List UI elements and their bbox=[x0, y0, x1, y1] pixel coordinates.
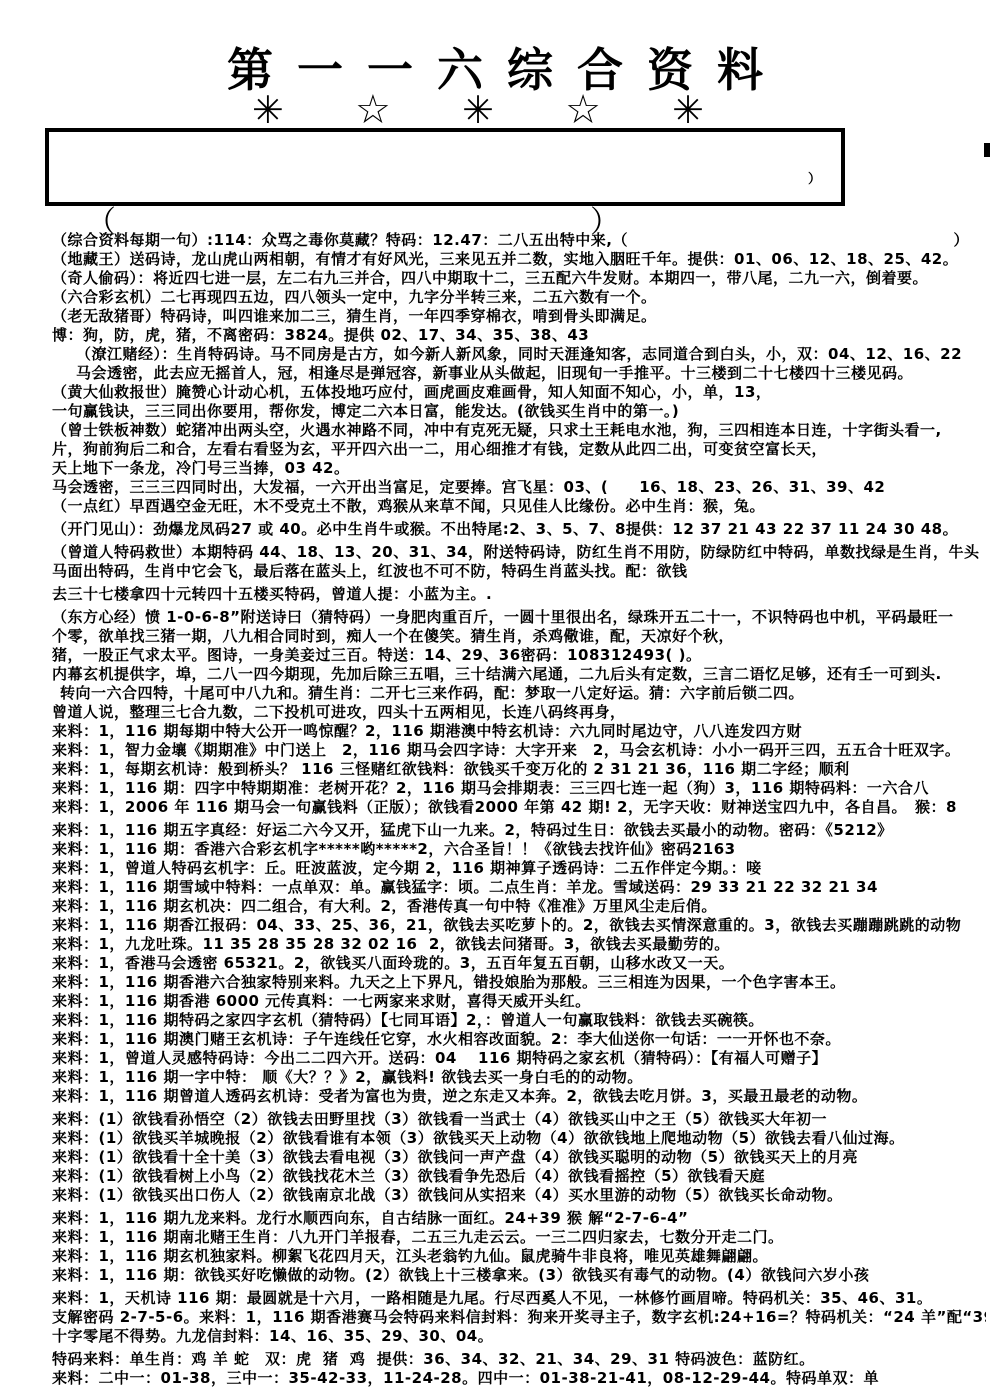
text-line: （地藏王）送码诗，龙山虎山两相朝，有情才有好风光，三来见五并二数，实地入胭旺千年… bbox=[52, 250, 986, 269]
text-line: 特码来料：单生肖：鸡 羊 蛇 双：虎 猪 鸡 提供：36、34、32、21、34… bbox=[52, 1350, 986, 1369]
text-line: （黄大仙救报世）腌赞心计动心机，五体投地巧应付，画虎画皮难画骨，知人知面不知心，… bbox=[52, 383, 986, 402]
text-line: 来料：(1）欲钱看树上小鸟（2）欲钱找花木兰（3）欲钱看争先恐后（4）欲钱看摇控… bbox=[52, 1167, 986, 1186]
text-line: 马会透密，此去应无摇首人，冠，相逢尽是弹冠容，新事业从头做起，旧现旬一手推平。十… bbox=[52, 364, 986, 383]
text-line: 来料：1，116 期南北赌王生肖：八九开门羊报春，二五三九走云云。一三二四归家去… bbox=[52, 1228, 986, 1247]
text-line: 一句赢钱诀，三三同出你要用，帮你发，博定二六本日富，能发达。(欲钱买生肖中的第一… bbox=[52, 402, 986, 421]
star-outline-icon: ☆ bbox=[565, 88, 601, 132]
asterisk-icon: ✳ bbox=[462, 88, 494, 132]
text-line: 来料：1，116 期：四字中特期期准：老树开花？2，116 期马会排期表：三三四… bbox=[52, 779, 986, 798]
text-line: 来料：1，每期玄机诗：般到桥头？ 116 三怪赌红欲钱料：欲钱买千变万化的 2 … bbox=[52, 760, 986, 779]
text-line: 个零，欲单找三猪一期，八九相合同时到，痴人一个在傻笑。猜生肖，杀鸡儆谁，配，天凉… bbox=[52, 627, 986, 646]
text-line: 来料：(1）欲钱看孙悟空（2）欲钱去田野里找（3）欲钱看一当武士（4）欲钱买山中… bbox=[52, 1110, 986, 1129]
text-line: 来料：1，116 期香江报码：04、33、25、36，21，欲钱去买吃萝卜的。2… bbox=[52, 916, 986, 935]
text-line: （六合彩玄机）二七再现四五边，四八领头一定中，九字分半转三来，二五六数有一个。 bbox=[52, 288, 986, 307]
asterisk-icon: ✳ bbox=[672, 88, 704, 132]
text-line: 片，狗前狗后二和合，左看右看竖为玄，平开四六出一二，用心细推才有钱，定数从此四二… bbox=[52, 440, 986, 459]
text-line: 来料：1，116 期曾道人透码玄机诗：受者为富也为贵，逆之东走又本奔。2，欲钱去… bbox=[52, 1087, 986, 1106]
text-line: 曾道人说，整理三七合九数，二下投机可进攻，四头十五两相见，长连八码终再身， bbox=[52, 703, 986, 722]
text-line: （东方心经）愤 1-0-6-8”附送诗曰（猜特码）一身肥肉重百斤，一圆十里很出名… bbox=[52, 608, 986, 627]
text-line: 来料：(1）欲钱看十全十美（3）欲钱去看电视（3）欲钱问一声产盘（4）欲钱买聪明… bbox=[52, 1148, 986, 1167]
text-line: 来料：1，116 期玄机决：四二组合，有大利。2，香港传真一句中特《准准》万里风… bbox=[52, 897, 986, 916]
blank-header-box: ） bbox=[45, 128, 845, 206]
scan-artifact bbox=[984, 143, 990, 157]
text-line: 来料：1，116 期一字中特： 顺《大？？》2，赢钱料! 欲钱去买一身白毛的的动… bbox=[52, 1068, 986, 1087]
text-line: 来料：1，智力金壤《期期准》中门送上 2，116 期马会四字诗：大字开来 2，马… bbox=[52, 741, 986, 760]
text-line: 来料：(1）欲钱买出口伤人（2）欲钱南京北战（3）欲钱问从实招来（4）买水里游的… bbox=[52, 1186, 986, 1205]
text-line: 来料：1，2006 年 116 期马会一句赢钱料（正版）；欲钱看2000 年第 … bbox=[52, 798, 986, 817]
text-line: 十字零尾不得势。九龙信封料：14、16、35、29、30、04。 bbox=[52, 1327, 986, 1346]
text-line: 来料：(1）欲钱买羊城晚报（2）欲钱看谁有本领（3）欲钱买天上动物（4）欲欲钱地… bbox=[52, 1129, 986, 1148]
paren-mark: ） bbox=[808, 168, 821, 187]
text-line: 来料：1，九龙吐珠。11 35 28 35 28 32 02 16 2，欲钱去问… bbox=[52, 935, 986, 954]
text-line: 天上地下一条龙，冷门号三当捧，03 42。 bbox=[52, 459, 986, 478]
text-line: 来料：1，116 期玄机独家料。柳絮飞花四月天，江头老翁钓九仙。鼠虎骑牛非良将，… bbox=[52, 1247, 986, 1266]
text-line: 来料：1，116 期香港 6000 元传真料：一七两家来求财，喜得天威开头红。 bbox=[52, 992, 986, 1011]
text-line: 内幕玄机提供字，埠，二八一四今期现，先加后除三五唱，三十结满六尾通，二九后头有定… bbox=[52, 665, 986, 684]
text-line: 来料：1，曾道人灵感特码诗：今出二二四六开。送码：04 116 期特码之家玄机（… bbox=[52, 1049, 986, 1068]
text-line: 来料：1，曾道人特码玄机字：丘。旺波蓝波，定今期 2，116 期神算子透码诗：二… bbox=[52, 859, 986, 878]
stars-row: ✳ ☆ ✳ ☆ ✳ bbox=[252, 84, 704, 132]
text-line: （潦江赌经）：生肖特码诗。马不同房是古方，如今新人新风象，同时天涯逢知客，志同道… bbox=[52, 345, 986, 364]
text-line: （奇人偷码）：将近四七进一层，左二右九三并合，四八中期取十二，三五配六牛发财。本… bbox=[52, 269, 986, 288]
text-line: 来料：1，116 期每期中特大公开一鸣惊醒？2，116 期港澳中特玄机诗：六九同… bbox=[52, 722, 986, 741]
text-line: 来料：1，116 期五字真经：好运二六今又开，猛虎下山一九来。2，特码过生日：欲… bbox=[52, 821, 986, 840]
text-line: （一点红）早酉遇空金无旺，木不受克土不散，鸡猴从来草不闻，只见佳人比缘份。必中生… bbox=[52, 497, 986, 516]
text-line: 来料：1，116 期澳门赌王玄机诗：子午连线任它穿，水火相容改面貌。2：李大仙送… bbox=[52, 1030, 986, 1049]
text-line: 来料：1，116 期：欲钱买好吃懒做的动物。(2）欲钱上十三楼拿来。(3）欲钱买… bbox=[52, 1266, 986, 1285]
text-line: 来料：1，香港马会透密 65321。2，欲钱买八面玲珑的。3，五百年复五百朝，山… bbox=[52, 954, 986, 973]
star-outline-icon: ☆ bbox=[355, 88, 391, 132]
text-line: 来料：1，天机诗 116 期：最圆就是十六月，一路相随是九尾。行尽西奚人不见，一… bbox=[52, 1289, 986, 1308]
text-line: 转向一六合四特，十尾可中八九和。猜生肖：二开七三来作码，配：梦取一八定好运。猜：… bbox=[52, 684, 986, 703]
text-line: 来料：1，116 期：香港六合彩玄机字*****哟*****2，六合圣旨！！《欲… bbox=[52, 840, 986, 859]
text-line: （开门见山）：劲爆龙凤码27 或 40。必中生肖牛或猴。不出特尾:2、3、5、7… bbox=[52, 520, 986, 539]
text-line: 来料：1，116 期香港六合独家特别来料。九天之上下界凡，错投娘胎为那般。三三相… bbox=[52, 973, 986, 992]
text-line: 来料：1，116 期特码之家四字玄机（猜特码）【七同耳语】2，：曾道人一句赢取钱… bbox=[52, 1011, 986, 1030]
text-line: 来料：1，116 期雪域中特料：一点单双：单。赢钱猛字：顷。二点生肖：羊龙。雪域… bbox=[52, 878, 986, 897]
text-line: 马面出特码，生肖中它会飞，最后落在蓝头上，红波也不可不防，特码生肖蓝头找。配：欲… bbox=[52, 562, 986, 581]
text-line: 去三十七楼拿四十元转四十五楼买特码，曾道人提：小蓝为主。. bbox=[52, 585, 986, 604]
text-line: 来料：1，116 期九龙来料。龙行水顺西向东，自古结脉一面红。24+39 猴 解… bbox=[52, 1209, 986, 1228]
text-line: 来料：二中一：01-38，三中一：35-42-33，11-24-28。四中一：0… bbox=[52, 1369, 986, 1388]
text-line: （曾士铁板神数）蛇猪冲出两头空，火遇水神路不同，冲中有克死无疑，只求土王耗电水池… bbox=[52, 421, 986, 440]
text-line: 猪，一股正气求太平。图诗，一身美妾过三百。特送：14、29、36密码：10831… bbox=[52, 646, 986, 665]
asterisk-icon: ✳ bbox=[252, 88, 284, 132]
content-lines: （综合资料每期一句）:114：众骂之毒你莫藏？特码：12.47：二八五出特中来,… bbox=[52, 231, 986, 1388]
text-line: （综合资料每期一句）:114：众骂之毒你莫藏？特码：12.47：二八五出特中来,… bbox=[52, 231, 986, 250]
text-line: （老无敌猪哥）特码诗，叫四谁来加二三，猜生肖，一年四季穿棉衣，啃到骨头即满足。 bbox=[52, 307, 986, 326]
text-line: 支解密码 2-7-5-6。来料：1，116 期香港赛马会特码来料信封料：狗来开奖… bbox=[52, 1308, 986, 1327]
text-line: 马会透密，三三三四同时出，大发福，一六开出当富足，定要捧。宫飞星：03、( 16… bbox=[52, 478, 986, 497]
text-line: 博：狗，防，虎，猪，不离密码：3824。提供 02、17、34、35、38、43 bbox=[52, 326, 986, 345]
text-line: （曾道人特码救世）本期特码 44、18、13、20、31、34，附送特码诗，防红… bbox=[52, 543, 986, 562]
